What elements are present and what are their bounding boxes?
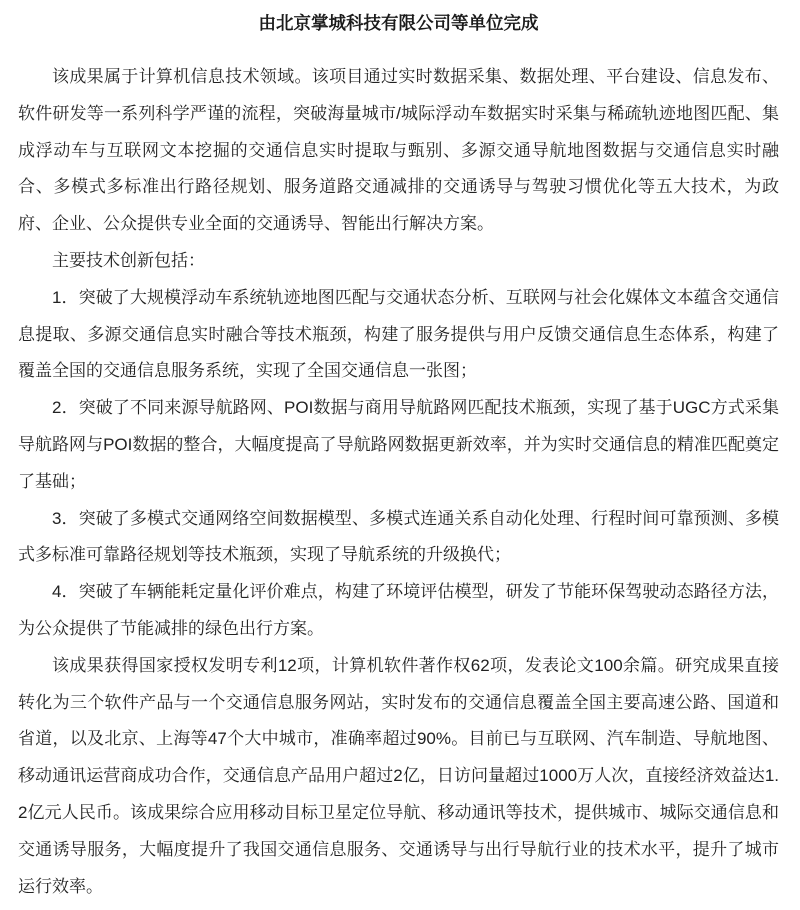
paragraph-innovation-3: 3．突破了多模式交通网络空间数据模型、多模式连通关系自动化处理、行程时间可靠预测… — [18, 501, 779, 575]
document-page: 由北京掌城科技有限公司等单位完成 该成果属于计算机信息技术领域。该项目通过实时数… — [0, 0, 800, 910]
paragraph-innovation-2: 2．突破了不同来源导航路网、POI数据与商用导航路网匹配技术瓶颈，实现了基于UG… — [18, 390, 779, 500]
document-title: 由北京掌城科技有限公司等单位完成 — [18, 5, 779, 42]
paragraph-results: 该成果获得国家授权发明专利12项，计算机软件著作权62项，发表论文100余篇。研… — [18, 648, 779, 906]
document-body: 该成果属于计算机信息技术领域。该项目通过实时数据采集、数据处理、平台建设、信息发… — [18, 59, 779, 905]
paragraph-intro: 该成果属于计算机信息技术领域。该项目通过实时数据采集、数据处理、平台建设、信息发… — [18, 59, 779, 243]
paragraph-innovation-4: 4．突破了车辆能耗定量化评价难点，构建了环境评估模型，研发了节能环保驾驶动态路径… — [18, 574, 779, 648]
paragraph-innovations-heading: 主要技术创新包括： — [18, 243, 779, 280]
paragraph-innovation-1: 1．突破了大规模浮动车系统轨迹地图匹配与交通状态分析、互联网与社会化媒体文本蕴含… — [18, 280, 779, 390]
